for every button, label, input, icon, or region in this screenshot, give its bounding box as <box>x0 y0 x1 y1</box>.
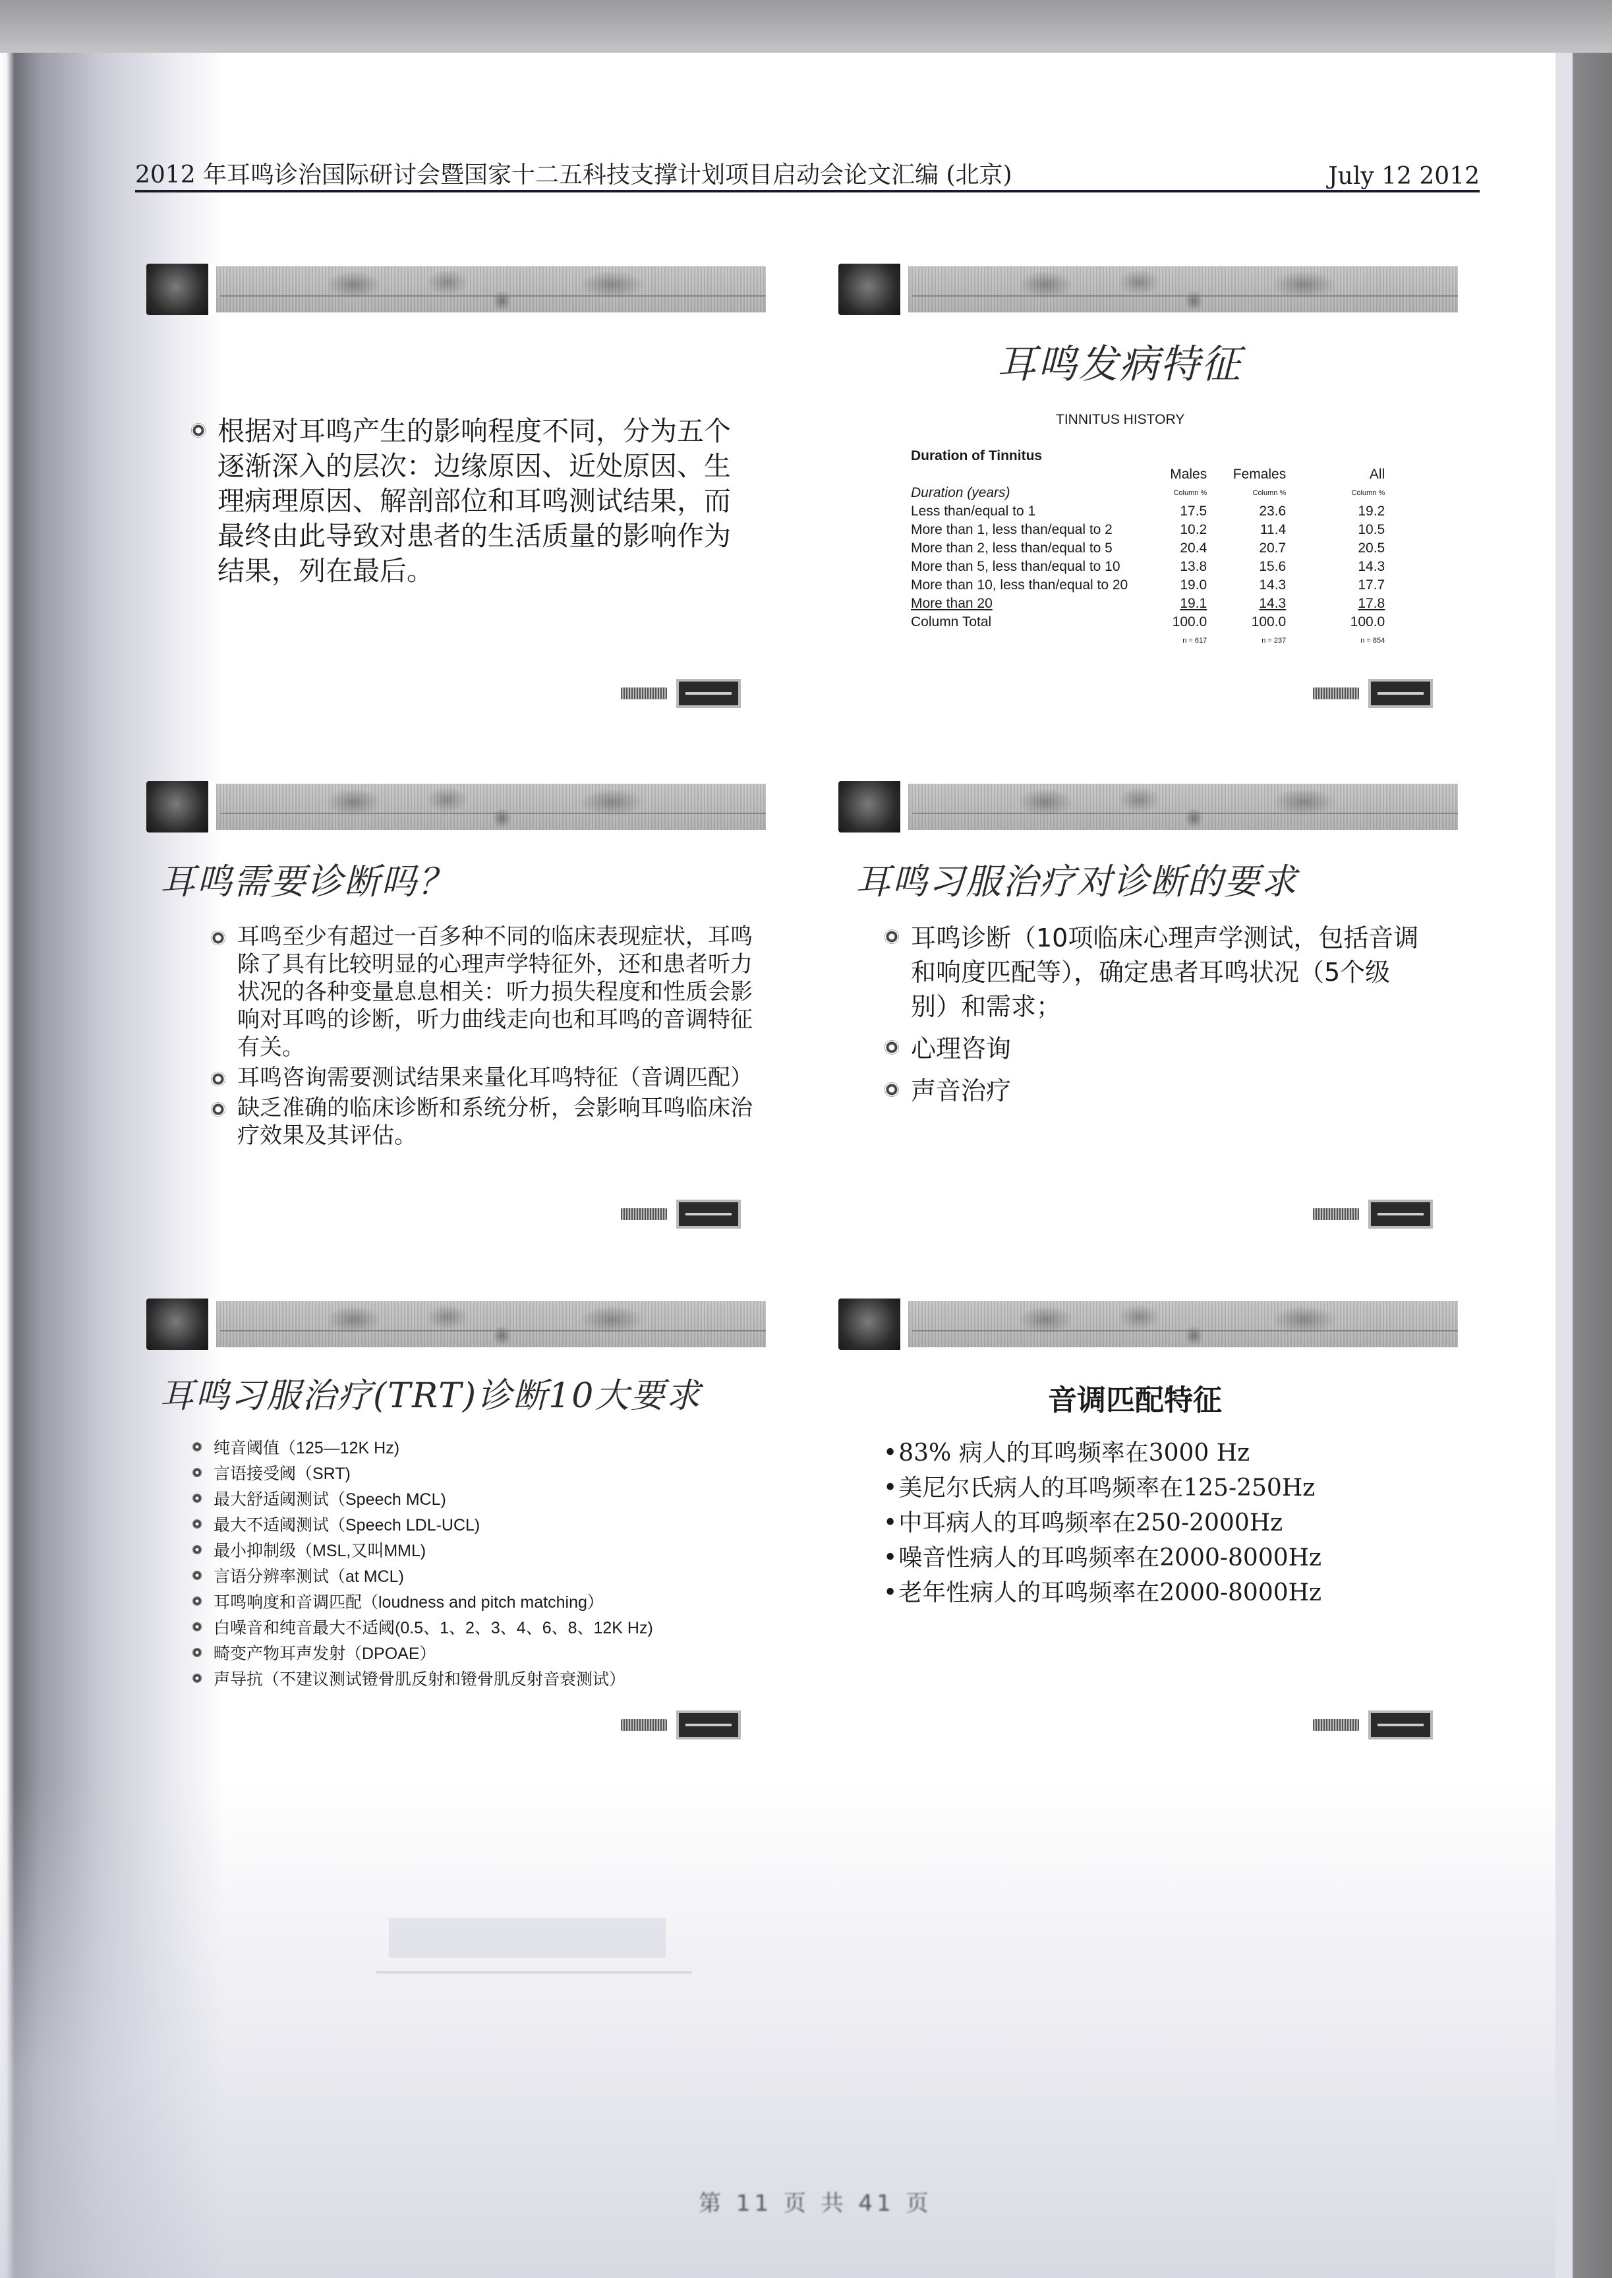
slide-4: 耳鸣习服治疗对诊断的要求 耳鸣诊断（10项临床心理声学测试，包括音调和响度匹配等… <box>838 781 1458 832</box>
list-item: 中耳病人的耳鸣频率在250-2000Hz <box>883 1505 1321 1540</box>
proceedings-title: 2012 年耳鸣诊治国际研讨会暨国家十二五科技支撑计划项目启动会论文汇编 (北京… <box>135 156 1012 190</box>
col-header: Females <box>1207 465 1286 484</box>
bullet-list: 83% 病人的耳鸣频率在3000 Hz 美尼尔氏病人的耳鸣频率在125-250H… <box>883 1436 1321 1610</box>
gear-bullet-icon <box>192 1545 202 1554</box>
slide-1: 根据对耳鸣产生的影响程度不同，分为五个逐渐深入的层次：边缘原因、近处原因、生理病… <box>146 264 766 315</box>
slide-title: 耳鸣习服治疗对诊断的要求 <box>855 854 1298 904</box>
world-map-icon <box>216 266 766 312</box>
list-item: 耳鸣咨询需要测试结果来量化耳鸣特征（音调匹配） <box>211 1064 758 1092</box>
sponsor-logo <box>621 679 741 708</box>
list-item: 老年性病人的耳鸣频率在2000-8000Hz <box>883 1575 1321 1610</box>
bullet-list: 耳鸣诊断（10项临床心理声学测试，包括音调和响度匹配等），确定患者耳鸣状况（5个… <box>884 921 1425 1116</box>
list-item: 纯音阈值（125—12K Hz) <box>192 1436 786 1461</box>
world-map-banner <box>146 781 766 832</box>
list-item: 最小抑制级（MSL,又叫MML) <box>192 1538 786 1564</box>
list-item: 心理咨询 <box>884 1032 1425 1066</box>
table-row: More than 5, less than/equal to 1013.815… <box>911 558 1385 576</box>
gear-bullet-icon <box>192 1622 202 1631</box>
gear-bullet-icon <box>211 1072 225 1086</box>
slide-title: 音调匹配特征 <box>1048 1376 1222 1418</box>
sponsor-logo <box>621 1710 741 1739</box>
gear-bullet-icon <box>884 1040 899 1055</box>
list-item: 声音治疗 <box>884 1074 1425 1108</box>
banner-photo <box>146 264 212 315</box>
list-item: 根据对耳鸣产生的影响程度不同，分为五个逐渐深入的层次：边缘原因、近处原因、生理病… <box>191 414 738 589</box>
sponsor-logo <box>1313 679 1433 708</box>
slide-6: 音调匹配特征 83% 病人的耳鸣频率在3000 Hz 美尼尔氏病人的耳鸣频率在1… <box>838 1299 1458 1350</box>
gear-bullet-icon <box>191 423 206 438</box>
bullet-list: 纯音阈值（125—12K Hz) 言语接受阈（SRT) 最大舒适阈测试（Spee… <box>192 1436 786 1693</box>
page-number: 第 11 页 共 41 页 <box>699 2185 933 2217</box>
gear-bullet-icon <box>192 1442 202 1451</box>
banner-photo <box>838 264 904 315</box>
list-item: 美尼尔氏病人的耳鸣频率在125-250Hz <box>883 1471 1321 1505</box>
world-map-icon <box>908 266 1458 312</box>
header-rule <box>135 190 1480 192</box>
scan-right-margin <box>1612 0 1624 2278</box>
gear-bullet-icon <box>192 1674 202 1683</box>
row-header-label: Duration (years) <box>911 484 1128 502</box>
list-item: 言语接受阈（SRT) <box>192 1461 786 1487</box>
subheader-row: Duration (years) Column % Column % Colum… <box>911 484 1385 502</box>
section-label: Duration of Tinnitus <box>911 447 1385 465</box>
banner-photo <box>146 1299 212 1350</box>
world-map-banner <box>146 264 766 315</box>
sponsor-logo <box>1313 1710 1433 1739</box>
table-row: More than 1, less than/equal to 210.211.… <box>911 521 1385 539</box>
list-item: 缺乏准确的临床诊断和系统分析，会影响耳鸣临床治疗效果及其评估。 <box>211 1094 758 1150</box>
header-date: July 12 2012 <box>1328 163 1480 190</box>
gear-bullet-icon <box>192 1468 202 1477</box>
scan-right-shadow <box>1573 53 1612 2278</box>
scan-right-page-edge <box>1555 53 1573 2278</box>
list-item: 耳鸣响度和音调匹配（loudness and pitch matching） <box>192 1590 786 1616</box>
bleedthrough-ghost <box>349 1892 692 2010</box>
slide-1-body: 根据对耳鸣产生的影响程度不同，分为五个逐渐深入的层次：边缘原因、近处原因、生理病… <box>191 414 738 589</box>
list-item: 最大舒适阈测试（Speech MCL) <box>192 1487 786 1513</box>
total-row: Column Total100.0100.0100.0 <box>911 613 1385 631</box>
column-header-row: Males Females All <box>911 465 1385 484</box>
world-map-banner <box>838 781 1458 832</box>
list-item: 最大不适阈测试（Speech LDL-UCL) <box>192 1513 786 1538</box>
list-item: 83% 病人的耳鸣频率在3000 Hz <box>883 1436 1321 1471</box>
slide-2: 耳鸣发病特征 TINNITUS HISTORY Duration of Tinn… <box>838 264 1458 315</box>
gear-bullet-icon <box>884 929 899 944</box>
bullet-list: 耳鸣至少有超过一百多种不同的临床表现症状，耳鸣除了具有比较明显的心理声学特征外，… <box>211 923 758 1152</box>
gear-bullet-icon <box>211 1102 225 1117</box>
world-map-banner <box>838 1299 1458 1350</box>
slide-title: 耳鸣需要诊断吗？ <box>159 854 455 904</box>
col-header: Males <box>1128 465 1207 484</box>
slide-5: 耳鸣习服治疗(TRT)诊断10大要求 纯音阈值（125—12K Hz) 言语接受… <box>146 1299 766 1350</box>
scan-top-edge <box>0 0 1624 53</box>
world-map-icon <box>216 784 766 830</box>
banner-photo <box>146 781 212 832</box>
world-map-banner <box>838 264 1458 315</box>
list-item: 白噪音和纯音最大不适阈(0.5、1、2、3、4、6、8、12K Hz) <box>192 1616 786 1641</box>
sponsor-logo <box>621 1200 741 1229</box>
gear-bullet-icon <box>211 931 225 945</box>
world-map-banner <box>146 1299 766 1350</box>
col-header: All <box>1286 465 1385 484</box>
banner-photo <box>838 1299 904 1350</box>
gear-bullet-icon <box>192 1596 202 1606</box>
slide-title: 耳鸣习服治疗(TRT)诊断10大要求 <box>159 1368 701 1417</box>
sponsor-logo <box>1313 1200 1433 1229</box>
page-header: 2012 年耳鸣诊治国际研讨会暨国家十二五科技支撑计划项目启动会论文汇编 (北京… <box>135 153 1480 190</box>
table-title: TINNITUS HISTORY <box>1056 412 1184 428</box>
slide-3: 耳鸣需要诊断吗？ 耳鸣至少有超过一百多种不同的临床表现症状，耳鸣除了具有比较明显… <box>146 781 766 832</box>
gear-bullet-icon <box>884 1082 899 1097</box>
world-map-icon <box>908 784 1458 830</box>
gear-bullet-icon <box>192 1494 202 1503</box>
tinnitus-history-table: Duration of Tinnitus Males Females All D… <box>911 447 1385 650</box>
list-item: 噪音性病人的耳鸣频率在2000-8000Hz <box>883 1540 1321 1575</box>
list-item: 言语分辨率测试（at MCL) <box>192 1564 786 1590</box>
list-item: 声导抗（不建议测试镫骨肌反射和镫骨肌反射音衰测试） <box>192 1667 786 1693</box>
table-row: More than 2019.114.317.8 <box>911 595 1385 613</box>
world-map-icon <box>216 1301 766 1347</box>
gear-bullet-icon <box>192 1519 202 1529</box>
slide-title: 耳鸣发病特征 <box>997 333 1242 390</box>
sample-size-row: n = 617n = 237n = 854 <box>911 631 1385 650</box>
world-map-icon <box>908 1301 1458 1347</box>
gear-bullet-icon <box>192 1571 202 1580</box>
table-row: Less than/equal to 117.523.619.2 <box>911 502 1385 521</box>
list-item: 畸变产物耳声发射（DPOAE） <box>192 1641 786 1667</box>
list-item: 耳鸣至少有超过一百多种不同的临床表现症状，耳鸣除了具有比较明显的心理声学特征外，… <box>211 923 758 1061</box>
table-row: More than 10, less than/equal to 2019.01… <box>911 576 1385 595</box>
gear-bullet-icon <box>192 1648 202 1657</box>
banner-photo <box>838 781 904 832</box>
table-row: More than 2, less than/equal to 520.420.… <box>911 539 1385 558</box>
list-item: 耳鸣诊断（10项临床心理声学测试，包括音调和响度匹配等），确定患者耳鸣状况（5个… <box>884 921 1425 1024</box>
